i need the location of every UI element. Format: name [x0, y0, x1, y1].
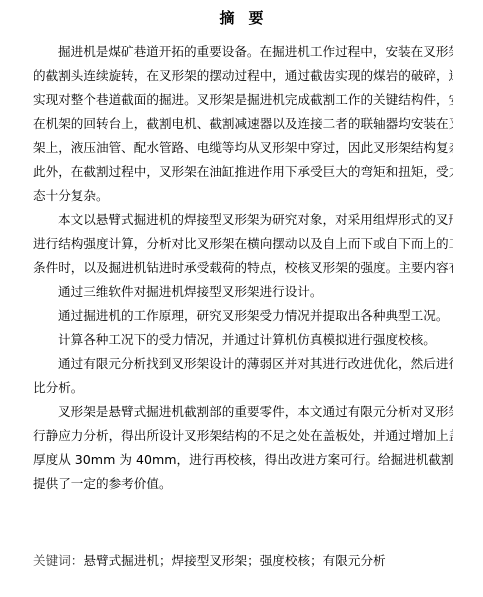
text-line: 掘进机是煤矿巷道开拓的重要设备。在掘进机工作过程中，安装在叉形架上 [33, 40, 453, 64]
abstract-title: 摘要 [0, 8, 483, 28]
keywords: 关键词：悬臂式掘进机；焊接型叉形架；强度校核；有限元分析 [33, 551, 386, 571]
text-line: 进行结构强度计算，分析对比叉形架在横向摆动以及自上而下或自下而上的工作 [33, 232, 453, 256]
paragraph: 本文以悬臂式掘进机的焊接型叉形架为研究对象，对采用组焊形式的叉形架 进行结构强度… [33, 208, 453, 280]
content-item: 计算各种工况下的受力情况，并通过计算机仿真模拟进行强度校核。 [33, 328, 453, 352]
text-line: 在机架的回转台上，截割电机、截割减速器以及连接二者的联轴器均安装在叉形 [33, 112, 453, 136]
text-line: 本文以悬臂式掘进机的焊接型叉形架为研究对象，对采用组焊形式的叉形架 [33, 208, 453, 232]
text-line: 提供了一定的参考价值。 [33, 472, 453, 496]
content-item: 通过有限元分析找到叉形架设计的薄弱区并对其进行改进优化，然后进行对 比分析。 [33, 352, 453, 400]
text-line: 架上，液压油管、配水管路、电缆等均从叉形架中穿过，因此叉形架结构复杂。 [33, 136, 453, 160]
text-line: 厚度从 30mm 为 40mm，进行再校核，得出改进方案可行。给掘进机截割部的设… [33, 448, 453, 472]
content-item: 通过三维软件对掘进机焊接型叉形架进行设计。 [33, 280, 453, 304]
text-line: 态十分复杂。 [33, 184, 453, 208]
paragraph: 叉形架是悬臂式掘进机截割部的重要零件，本文通过有限元分析对叉形架进 行静应力分析… [33, 400, 453, 496]
paragraph: 掘进机是煤矿巷道开拓的重要设备。在掘进机工作过程中，安装在叉形架上 的截割头连续… [33, 40, 453, 208]
text-line: 实现对整个巷道截面的掘进。叉形架是掘进机完成截割工作的关键结构件，安装 [33, 88, 453, 112]
text-line: 叉形架是悬臂式掘进机截割部的重要零件，本文通过有限元分析对叉形架进 [33, 400, 453, 424]
text-line: 通过有限元分析找到叉形架设计的薄弱区并对其进行改进优化，然后进行对 [33, 352, 453, 376]
keywords-text: 悬臂式掘进机；焊接型叉形架；强度校核；有限元分析 [83, 553, 385, 568]
text-line: 的截割头连续旋转，在叉形架的摆动过程中，通过截齿实现的煤岩的破碎，进而 [33, 64, 453, 88]
content-item: 通过掘进机的工作原理，研究叉形架受力情况并提取出各种典型工况。 [33, 304, 453, 328]
text-line: 比分析。 [33, 376, 453, 400]
text-line: 条件时，以及掘进机钻进时承受载荷的特点，校核叉形架的强度。主要内容有： [33, 256, 453, 280]
keywords-label: 关键词： [33, 553, 83, 568]
text-line: 计算各种工况下的受力情况，并通过计算机仿真模拟进行强度校核。 [33, 328, 453, 352]
abstract-body: 掘进机是煤矿巷道开拓的重要设备。在掘进机工作过程中，安装在叉形架上 的截割头连续… [33, 40, 453, 496]
text-line: 通过掘进机的工作原理，研究叉形架受力情况并提取出各种典型工况。 [33, 304, 453, 328]
text-line: 通过三维软件对掘进机焊接型叉形架进行设计。 [33, 280, 453, 304]
text-line: 行静应力分析，得出所设计叉形架结构的不足之处在盖板处，并通过增加上盖板 [33, 424, 453, 448]
text-line: 此外，在截割过程中，叉形架在油缸推进作用下承受巨大的弯矩和扭矩，受力状 [33, 160, 453, 184]
